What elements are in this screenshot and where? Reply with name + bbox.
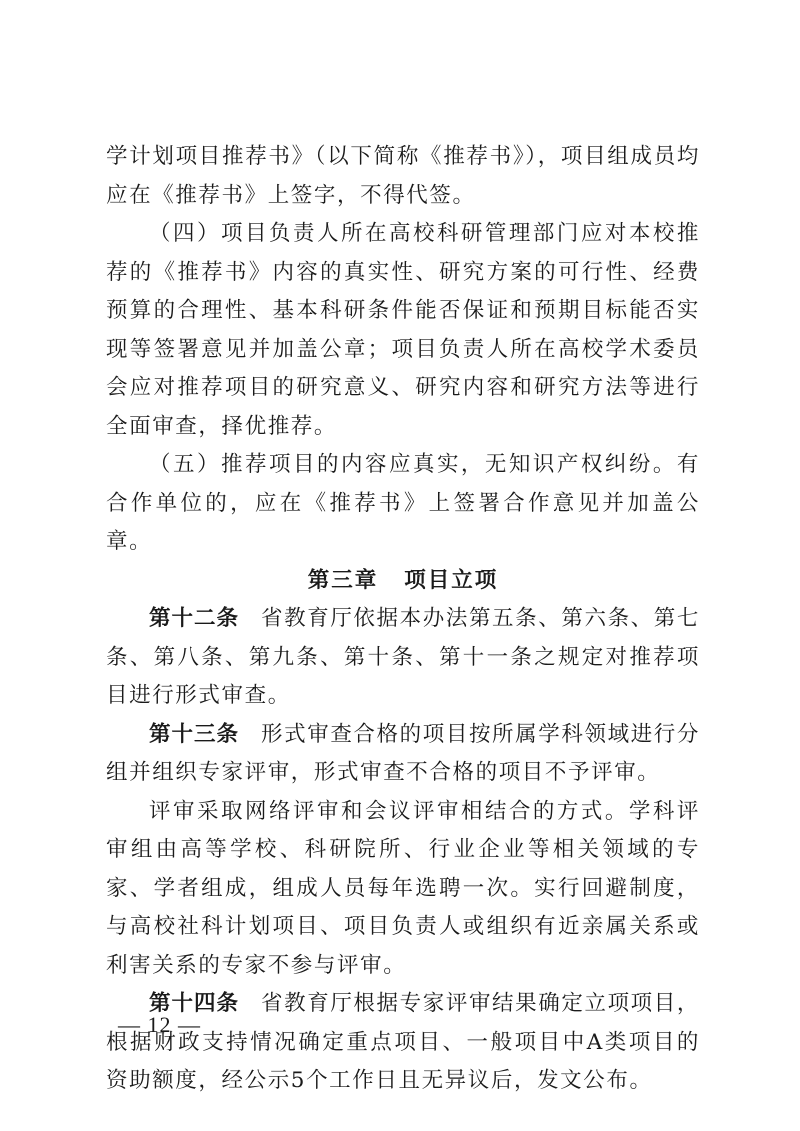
page-number: — 12 — — [118, 1012, 201, 1038]
chapter-number: 第三章 — [308, 568, 379, 593]
article-label: 第十三条 — [149, 722, 239, 747]
article-label: 第十二条 — [149, 606, 239, 631]
paragraph-item-five: （五）推荐项目的内容应真实，无知识产权纠纷。有合作单位的，应在《推荐书》上签署合… — [106, 446, 700, 562]
article-fourteen: 第十四条省教育厅根据专家评审结果确定立项项目，根据财政支持情况确定重点项目、一般… — [106, 985, 700, 1101]
paragraph-item-four: （四）项目负责人所在高校科研管理部门应对本校推荐的《推荐书》内容的真实性、研究方… — [106, 215, 700, 446]
chapter-title: 项目立项 — [404, 568, 498, 593]
article-thirteen: 第十三条形式审查合格的项目按所属学科领域进行分组并组织专家评审，形式审查不合格的… — [106, 716, 700, 793]
paragraph-review-method: 评审采取网络评审和会议评审相结合的方式。学科评审组由高等学校、科研院所、行业企业… — [106, 793, 700, 986]
chapter-heading: 第三章项目立项 — [106, 562, 700, 601]
document-page: 学计划项目推荐书》（以下简称《推荐书》），项目组成员均应在《推荐书》上签字，不得… — [106, 138, 700, 1101]
paragraph-signature-requirement: 学计划项目推荐书》（以下简称《推荐书》），项目组成员均应在《推荐书》上签字，不得… — [106, 138, 700, 215]
article-twelve: 第十二条省教育厅依据本办法第五条、第六条、第七条、第八条、第九条、第十条、第十一… — [106, 600, 700, 716]
